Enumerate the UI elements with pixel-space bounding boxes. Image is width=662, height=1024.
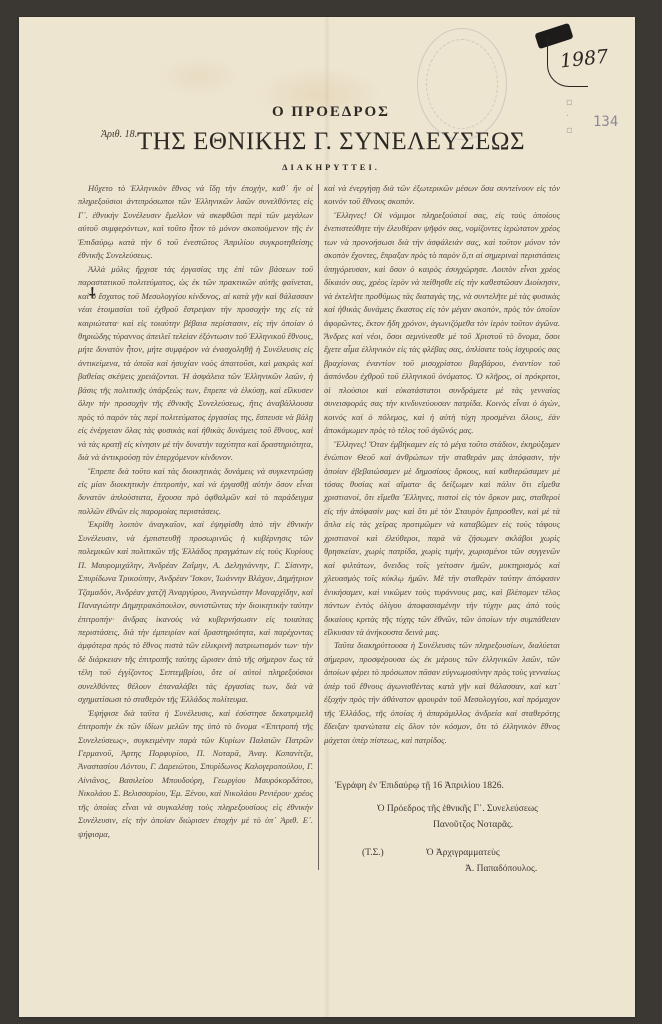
paragraph: Ἀλλὰ μόλις ἤρχισε τὰς ἐργασίας της ἐπὶ τ… xyxy=(78,263,313,465)
paragraph: Ἕλληνες! Ὅταν ἐμβήκαμεν εἰς τὸ μέγα τοῦτ… xyxy=(324,438,560,640)
left-column: Ηὔχετο τὸ Ἑλληνικὸν ἔθνος νὰ ἴδῃ τὴν ἐπο… xyxy=(78,182,313,841)
secretary-title: Ὁ Ἀρχιγραμματεὺς xyxy=(426,848,500,858)
secretary-name: Ἀ. Παπαδόπουλος. xyxy=(465,864,537,874)
column-divider xyxy=(318,184,319,870)
paragraph: Ταῦτα διακηρύττουσα ἡ Συνέλευσις τῶν πλη… xyxy=(324,639,560,747)
paragraph: Ηὔχετο τὸ Ἑλληνικὸν ἔθνος νὰ ἴδῃ τὴν ἐπο… xyxy=(78,182,313,263)
president-name: Πανοῦτζος Νοταρᾶς. xyxy=(433,820,513,830)
archive-seal-stamp xyxy=(417,28,507,140)
paragraph: Ἐκρίθη λοιπὸν ἀναγκαῖον, καὶ ἐψηφίσθη ἀπ… xyxy=(78,518,313,706)
title-assembly: ΤΗΣ ΕΘΝΙΚΗΣ Γ. ΣΥΝΕΛΕΥΣΕΩΣ xyxy=(0,128,662,156)
president-title: Ὁ Πρόεδρος τῆς ἐθνικῆς Γ᾽. Συνελεύσεως xyxy=(377,804,538,814)
title-president: Ο ΠΡΟΕΔΡΟΣ xyxy=(0,104,662,121)
body-columns: Ηὔχετο τὸ Ἑλληνικὸν ἔθνος νὰ ἴδῃ τὴν ἐπο… xyxy=(78,182,608,862)
seal-mark: (Τ.Σ.) xyxy=(362,848,384,858)
paragraph: Ἐψήφισε διὰ ταῦτα ἡ Συνέλευσις, καὶ ἐσύσ… xyxy=(78,707,313,842)
date-line: Ἐγράφη ἐν Ἐπιδαύρῳ τῇ 16 Ἀπριλίου 1826. xyxy=(335,781,504,791)
title-proclaims: ΔΙΑΚΗΡΥΤΤΕΙ. xyxy=(0,162,662,172)
paragraph: Ἕλληνες! Οἱ νόμιμοι πληρεξούσιοί σας, εἰ… xyxy=(324,209,560,438)
paragraph: Ἔπρεπε διὰ τοῦτο καὶ τὰς διοικητικὰς δυν… xyxy=(78,465,313,519)
right-column: καὶ νὰ ἐνεργήσῃ διὰ τῶν ἐξωτερικῶν μέσων… xyxy=(324,182,560,747)
paragraph: καὶ νὰ ἐνεργήσῃ διὰ τῶν ἐξωτερικῶν μέσων… xyxy=(324,182,560,209)
